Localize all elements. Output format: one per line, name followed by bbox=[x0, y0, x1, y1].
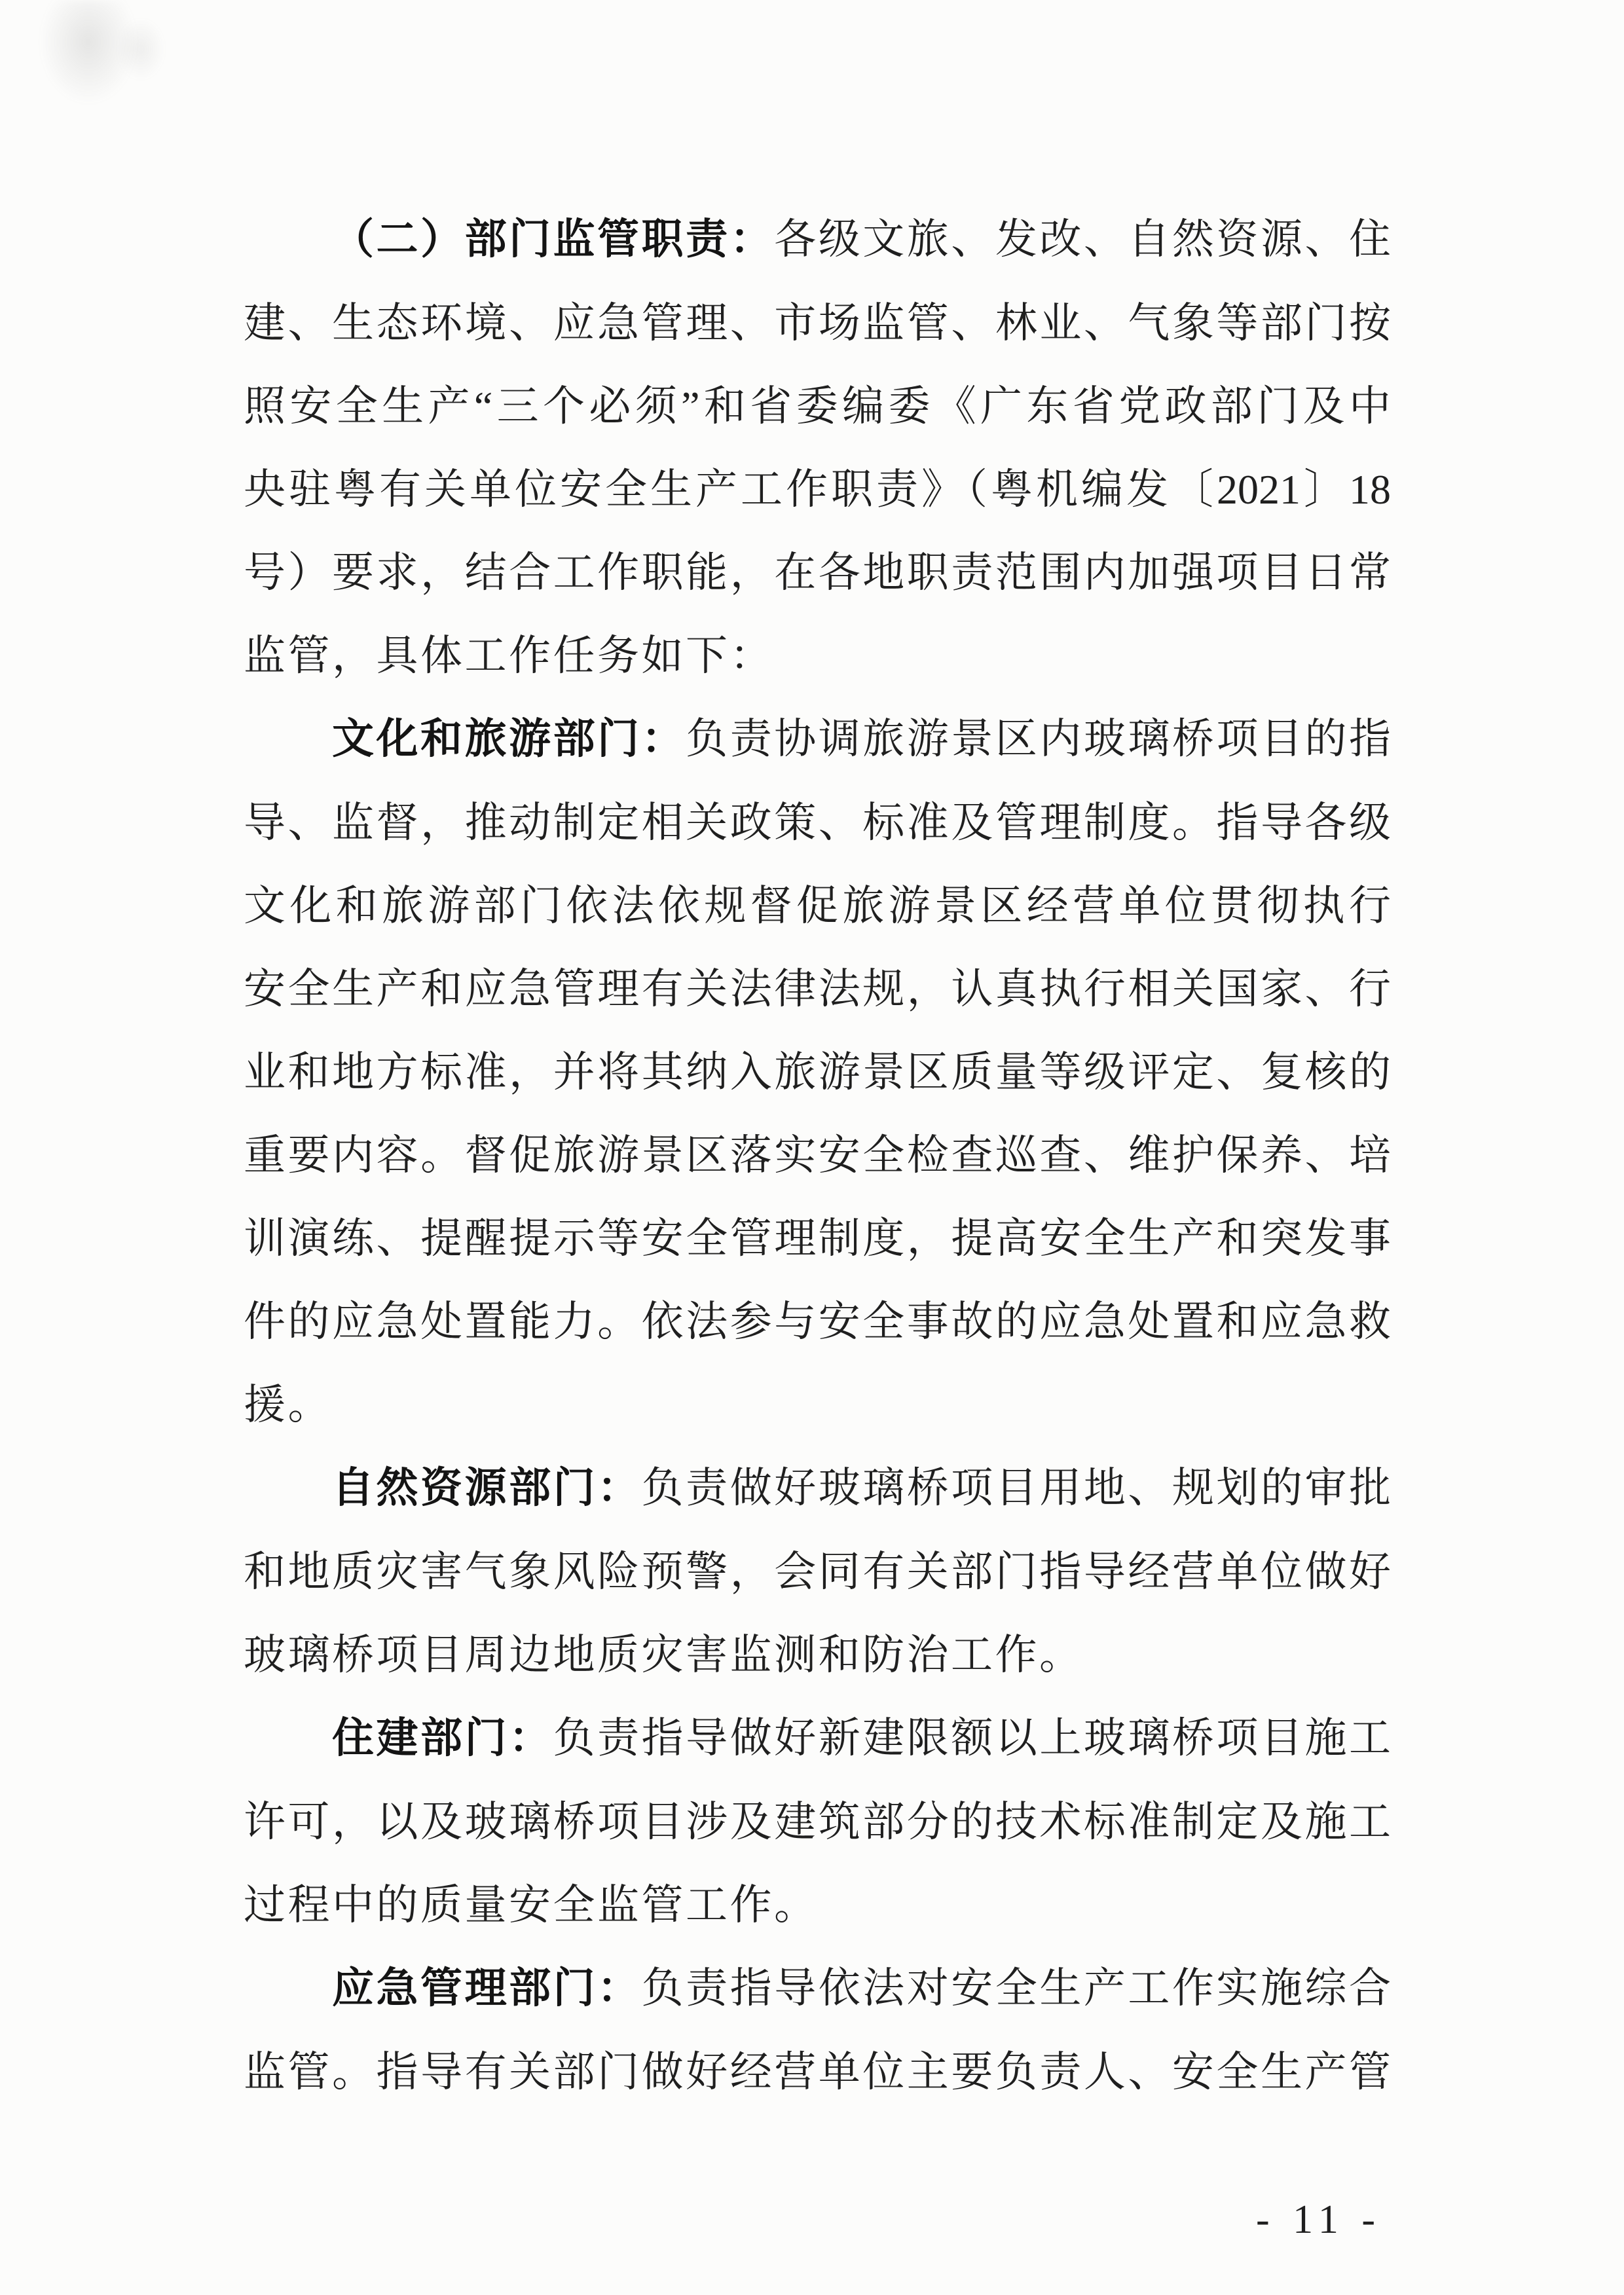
text-line: 照安全生产“三个必须”和省委编委《广东省党政部门及中 bbox=[244, 365, 1391, 448]
text-line: 号）要求，结合工作职能，在各地职责范围内加强项目日常 bbox=[244, 531, 1391, 614]
scan-artifact bbox=[118, 20, 164, 79]
dept-heading: 住建部门： bbox=[332, 1714, 553, 1763]
text-run: 各级文旅、发改、自然资源、住 bbox=[774, 216, 1391, 263]
paragraph-dept-supervision-duties: （二）部门监管职责：各级文旅、发改、自然资源、住 建、生态环境、应急管理、市场监… bbox=[244, 198, 1391, 697]
text-line: 业和地方标准，并将其纳入旅游景区质量等级评定、复核的 bbox=[244, 1031, 1391, 1114]
text-run: 负责做好玻璃桥项目用地、规划的审批 bbox=[642, 1465, 1391, 1511]
text-line: 监管。指导有关部门做好经营单位主要负责人、安全生产管 bbox=[244, 2030, 1391, 2114]
paragraph-housing-construction-dept: 住建部门：负责指导做好新建限额以上玻璃桥项目施工 许可，以及玻璃桥项目涉及建筑部… bbox=[244, 1697, 1391, 1947]
text-line: 央驻粤有关单位安全生产工作职责》（粤机编发〔2021〕18 bbox=[244, 448, 1391, 531]
dept-heading: 自然资源部门： bbox=[332, 1464, 642, 1513]
dept-heading: 文化和旅游部门： bbox=[332, 715, 686, 763]
text-line: 文化和旅游部门依法依规督促旅游景区经营单位贯彻执行 bbox=[244, 864, 1391, 947]
document-page: （二）部门监管职责：各级文旅、发改、自然资源、住 建、生态环境、应急管理、市场监… bbox=[0, 0, 1624, 2295]
page-number: - 11 - bbox=[1256, 2187, 1382, 2252]
text-run: 负责指导依法对安全生产工作实施综合 bbox=[642, 1965, 1391, 2011]
text-line: 建、生态环境、应急管理、市场监管、林业、气象等部门按 bbox=[244, 282, 1391, 365]
paragraph-culture-tourism-dept: 文化和旅游部门：负责协调旅游景区内玻璃桥项目的指 导、监督，推动制定相关政策、标… bbox=[244, 697, 1391, 1446]
text-line: （二）部门监管职责：各级文旅、发改、自然资源、住 bbox=[244, 198, 1391, 282]
text-line: 重要内容。督促旅游景区落实安全检查巡查、维护保养、培 bbox=[244, 1114, 1391, 1197]
text-line: 过程中的质量安全监管工作。 bbox=[244, 1864, 1391, 1947]
text-line: 安全生产和应急管理有关法律法规，认真执行相关国家、行 bbox=[244, 947, 1391, 1031]
text-line: 导、监督，推动制定相关政策、标准及管理制度。指导各级 bbox=[244, 781, 1391, 864]
paragraph-natural-resources-dept: 自然资源部门：负责做好玻璃桥项目用地、规划的审批 和地质灾害气象风险预警，会同有… bbox=[244, 1446, 1391, 1697]
text-line: 监管，具体工作任务如下： bbox=[244, 614, 1391, 697]
text-line: 文化和旅游部门：负责协调旅游景区内玻璃桥项目的指 bbox=[244, 697, 1391, 781]
dept-heading: 应急管理部门： bbox=[332, 1964, 642, 2013]
scan-artifact bbox=[39, 0, 138, 105]
section-heading: （二）部门监管职责： bbox=[332, 215, 774, 264]
text-line: 应急管理部门：负责指导依法对安全生产工作实施综合 bbox=[244, 1947, 1391, 2030]
text-line: 件的应急处置能力。依法参与安全事故的应急处置和应急救 bbox=[244, 1280, 1391, 1363]
text-line: 许可，以及玻璃桥项目涉及建筑部分的技术标准制定及施工 bbox=[244, 1780, 1391, 1864]
document-body: （二）部门监管职责：各级文旅、发改、自然资源、住 建、生态环境、应急管理、市场监… bbox=[244, 198, 1391, 2114]
text-run: 负责指导做好新建限额以上玻璃桥项目施工 bbox=[553, 1715, 1391, 1761]
text-line: 和地质灾害气象风险预警，会同有关部门指导经营单位做好 bbox=[244, 1530, 1391, 1613]
text-line: 训演练、提醒提示等安全管理制度，提高安全生产和突发事 bbox=[244, 1197, 1391, 1280]
text-line: 自然资源部门：负责做好玻璃桥项目用地、规划的审批 bbox=[244, 1446, 1391, 1530]
paragraph-emergency-management-dept: 应急管理部门：负责指导依法对安全生产工作实施综合 监管。指导有关部门做好经营单位… bbox=[244, 1947, 1391, 2114]
text-line: 援。 bbox=[244, 1363, 1391, 1446]
text-run: 负责协调旅游景区内玻璃桥项目的指 bbox=[686, 716, 1391, 762]
text-line: 住建部门：负责指导做好新建限额以上玻璃桥项目施工 bbox=[244, 1697, 1391, 1780]
text-line: 玻璃桥项目周边地质灾害监测和防治工作。 bbox=[244, 1613, 1391, 1697]
